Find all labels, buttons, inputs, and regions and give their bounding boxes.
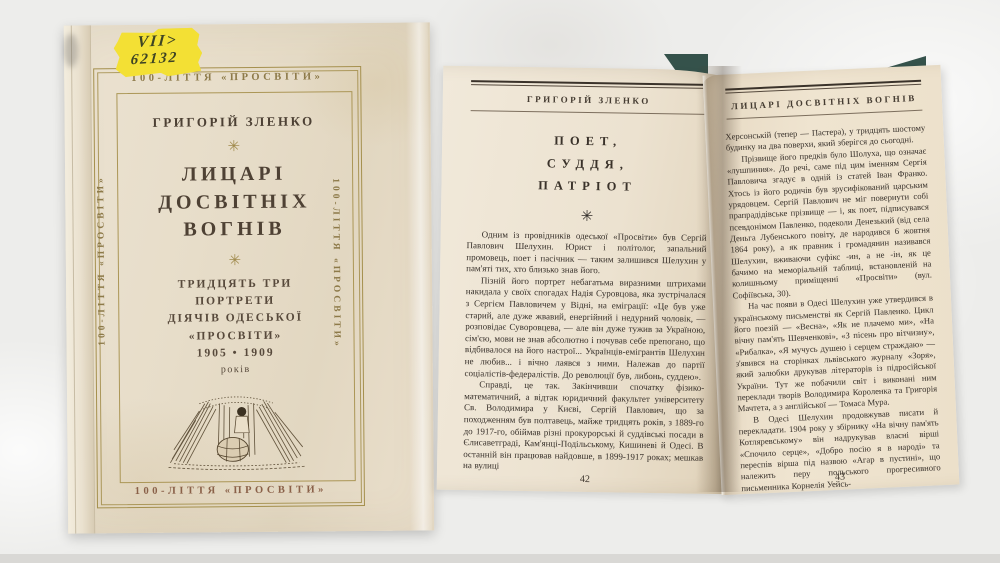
chapter-title: ПОЕТ,СУДДЯ,ПАТРІОТ: [467, 128, 708, 199]
asterisk-ornament-icon: ✳: [467, 205, 707, 227]
left-page: ГРИГОРІЙ ЗЛЕНКО ПОЕТ,СУДДЯ,ПАТРІОТ ✳ Одн…: [437, 66, 740, 495]
cover-author: ГРИГОРІЙ ЗЛЕНКО: [117, 113, 351, 131]
list-item: ДОСВІТНІХ: [117, 188, 351, 218]
cover-band-bottom: 100-ЛІТТЯ «ПРОСВІТИ»: [97, 484, 365, 497]
cover-spine: [64, 25, 95, 533]
sticker-number: 62132: [110, 49, 199, 71]
asterisk-ornament-icon: ✳: [117, 138, 351, 155]
table-edge: [0, 554, 1000, 563]
right-page-body: Херсонській (тепер — Пастера), у тридцят…: [725, 123, 941, 495]
list-item: Одним із провідників одеської «Просвіти»…: [466, 229, 707, 279]
asterisk-ornament-icon: ✳: [118, 252, 352, 269]
photo-background: 100-ЛІТТЯ «ПРОСВІТИ» 100-ЛІТТЯ «ПРОСВІТИ…: [0, 0, 1000, 563]
list-item: ЛИЦАРІ: [117, 160, 351, 190]
header-rule-thin: [727, 110, 923, 120]
list-item: На час появи в Одесі Шелухин уже утверди…: [733, 293, 938, 415]
cover-band-left: 100-ЛІТТЯ «ПРОСВІТИ»: [96, 175, 107, 346]
cover-worn-edge: [406, 22, 432, 530]
header-rule-thin: [471, 110, 707, 115]
book-cover: 100-ЛІТТЯ «ПРОСВІТИ» 100-ЛІТТЯ «ПРОСВІТИ…: [64, 22, 434, 533]
cover-title: ЛИЦАРІДОСВІТНІХВОГНІВ: [117, 160, 352, 245]
header-rule-heavy: [471, 80, 707, 90]
library-sticker: VII> 62132: [113, 27, 203, 80]
list-item: 1905 • 1909: [119, 344, 353, 363]
header-rule-heavy: [725, 80, 921, 95]
list-item: Справді, це так. Закінчивши спочатку фіз…: [463, 379, 704, 476]
running-head-title: ЛИЦАРІ ДОСВІТНІХ ВОГНІВ: [724, 93, 924, 112]
left-page-body: Одним із провідників одеської «Просвіти»…: [463, 229, 707, 476]
wheat-sheaves-engraving: [161, 382, 312, 475]
list-item: ПОРТРЕТИ: [118, 292, 352, 311]
cover-subtitle: ТРИДЦЯТЬ ТРИПОРТРЕТИДІЯЧІВ ОДЕСЬКОЇ«ПРОС…: [118, 275, 353, 363]
list-item: ДІЯЧІВ ОДЕСЬКОЇ: [118, 309, 352, 328]
list-item: ВОГНІВ: [117, 215, 351, 245]
list-item: ТРИДЦЯТЬ ТРИ: [118, 275, 352, 294]
cover-subtitle-years-word: років: [119, 363, 353, 376]
list-item: Прізвище його предків було Шолуха, що оз…: [726, 145, 932, 301]
list-item: Пізній його портрет небагатьма виразними…: [464, 275, 706, 383]
list-item: «ПРОСВІТИ»: [118, 327, 352, 346]
running-head-author: ГРИГОРІЙ ЗЛЕНКО: [469, 93, 709, 107]
right-page: ЛИЦАРІ ДОСВІТНІХ ВОГНІВ Херсонській (теп…: [703, 65, 960, 495]
list-item: ПАТРІОТ: [467, 173, 707, 199]
cover-content: ГРИГОРІЙ ЗЛЕНКО ✳ ЛИЦАРІДОСВІТНІХВОГНІВ …: [116, 91, 353, 481]
